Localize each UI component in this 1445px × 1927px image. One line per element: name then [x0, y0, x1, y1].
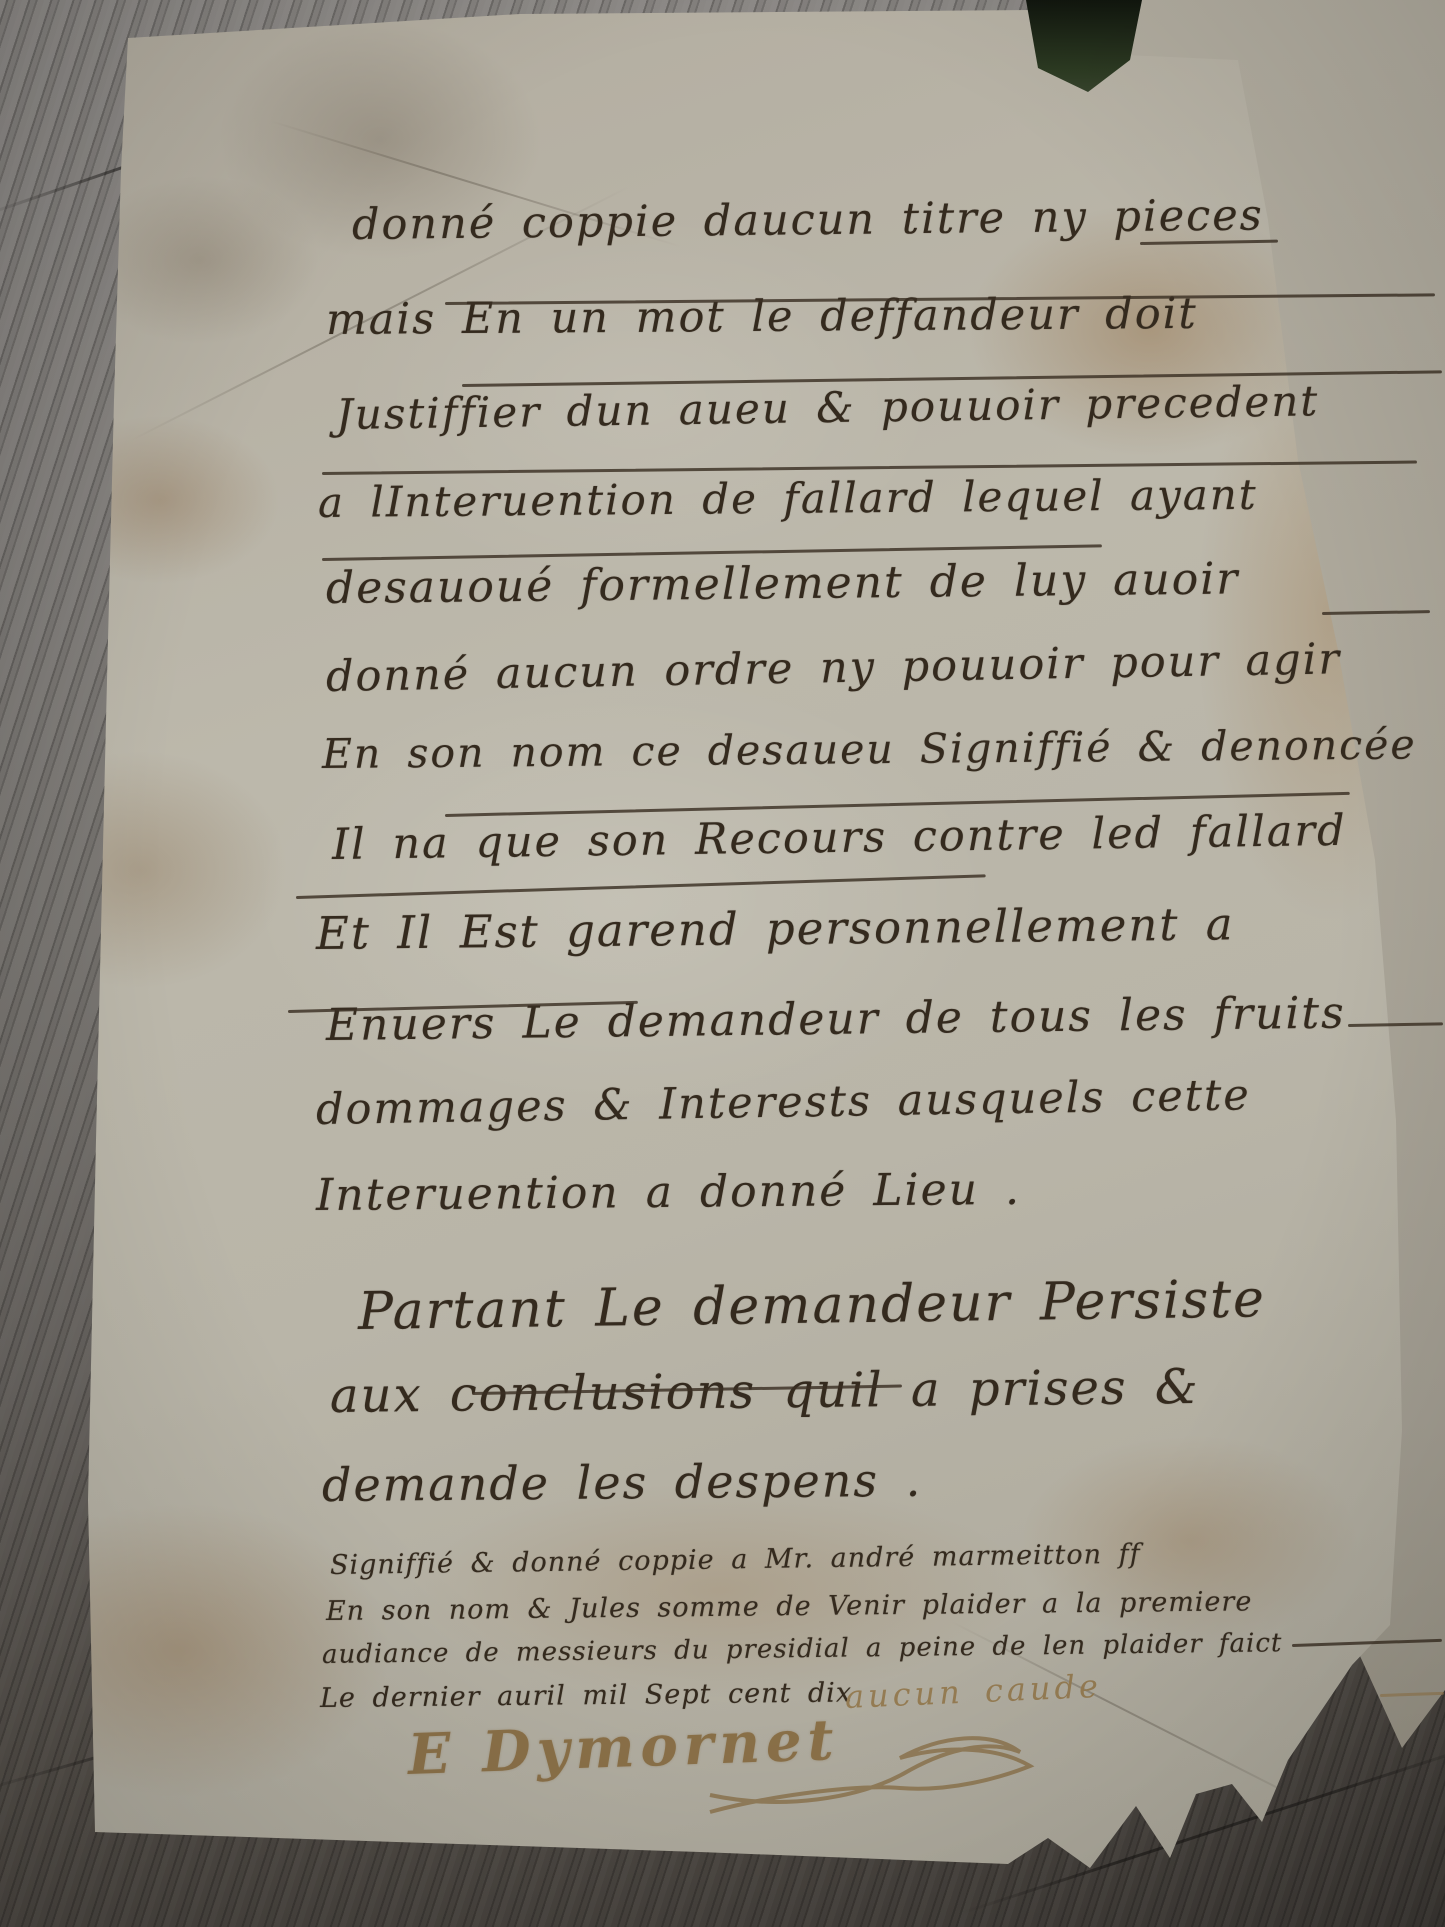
photo-of-manuscript: donné coppie daucun titre ny pieces mais…	[0, 0, 1445, 1927]
manuscript-line: demande les despens .	[322, 1453, 923, 1512]
manuscript-line: desauoué formellement de luy auoir	[326, 553, 1240, 614]
manuscript-line: Et Il Est garend personnellement a	[316, 897, 1235, 960]
manuscript-line: donné coppie daucun titre ny pieces	[352, 190, 1264, 250]
manuscript-line: a lInteruention de fallard lequel ayant	[318, 470, 1258, 527]
manuscript-line: aux conclusions quil a prises &	[330, 1359, 1200, 1424]
manuscript-line: Interuention a donné Lieu .	[316, 1164, 1021, 1221]
signature-flourish	[700, 1700, 1040, 1830]
manuscript-line: En son nom ce desaueu Signiffié & denonc…	[322, 720, 1417, 778]
manuscript-line: Partant Le demandeur Persiste	[358, 1269, 1267, 1342]
